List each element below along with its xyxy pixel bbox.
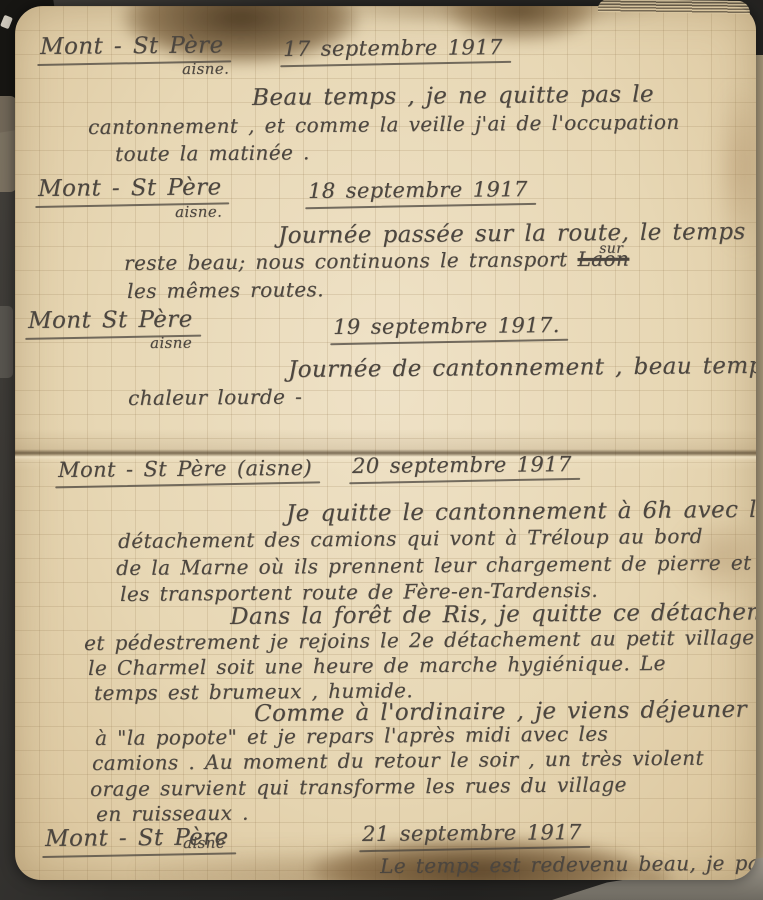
- entry-heading-location: Mont - St Père: [38, 174, 222, 202]
- entry-heading-location: Mont - St Père (aisne): [58, 456, 312, 482]
- inserted-word: sur: [599, 241, 623, 257]
- entry-heading-region: aisne: [150, 334, 192, 352]
- photo-backdrop: Mont - St Père aisne. 17 septembre 1917 …: [0, 0, 763, 900]
- entry-heading-date: 20 septembre 1917: [352, 452, 572, 478]
- diary-line: à "la popote" et je repars l'après midi …: [95, 722, 608, 750]
- diary-line: Le temps est redevenu beau, je pars: [380, 851, 756, 878]
- page-stack-edge: [598, 0, 750, 14]
- entry-heading-date: 21 septembre 1917: [362, 820, 582, 846]
- diary-line: en ruisseaux .: [96, 801, 249, 826]
- diary-line: chaleur lourde -: [128, 384, 302, 410]
- entry-heading-date: 19 septembre 1917.: [333, 313, 560, 339]
- entry-heading-region: aisne: [183, 834, 225, 852]
- diary-line: Beau temps , je ne quitte pas le: [252, 81, 654, 111]
- diary-line: Je quitte le cantonnement à 6h avec le: [286, 497, 756, 527]
- diary-line: reste beau; nous continuons le transport…: [124, 246, 653, 275]
- entry-heading-location: Mont - St Père: [40, 32, 224, 60]
- entry-heading-date: 17 septembre 1917: [283, 35, 503, 61]
- entry-heading-region: aisne.: [182, 60, 229, 78]
- diary-line: camions . Au moment du retour le soir , …: [92, 746, 704, 775]
- diary-line: cantonnement , et comme la veille j'ai d…: [88, 110, 680, 139]
- entry-heading-location: Mont St Père: [28, 307, 193, 334]
- diary-line-text: reste beau; nous continuons le transport: [124, 247, 568, 275]
- diary-line: de la Marne où ils prennent leur chargem…: [116, 550, 752, 580]
- entry-heading-region: aisne.: [175, 203, 222, 221]
- diary-line: les mêmes routes.: [127, 277, 324, 303]
- diary-line: Journée passée sur la route, le temps: [278, 219, 746, 249]
- diary-line: orage survient qui transforme les rues d…: [90, 772, 627, 801]
- entry-heading-date: 18 septembre 1917: [308, 177, 528, 203]
- diary-line: détachement des camions qui vont à Trélo…: [118, 524, 703, 553]
- notebook-page: Mont - St Père aisne. 17 septembre 1917 …: [15, 6, 756, 880]
- backdrop-gray-patch: [0, 306, 13, 378]
- diary-line: toute la matinée .: [115, 140, 310, 166]
- diary-line: Journée de cantonnement , beau temps: [288, 353, 756, 383]
- diary-line: le Charmel soit une heure de marche hygi…: [88, 651, 666, 680]
